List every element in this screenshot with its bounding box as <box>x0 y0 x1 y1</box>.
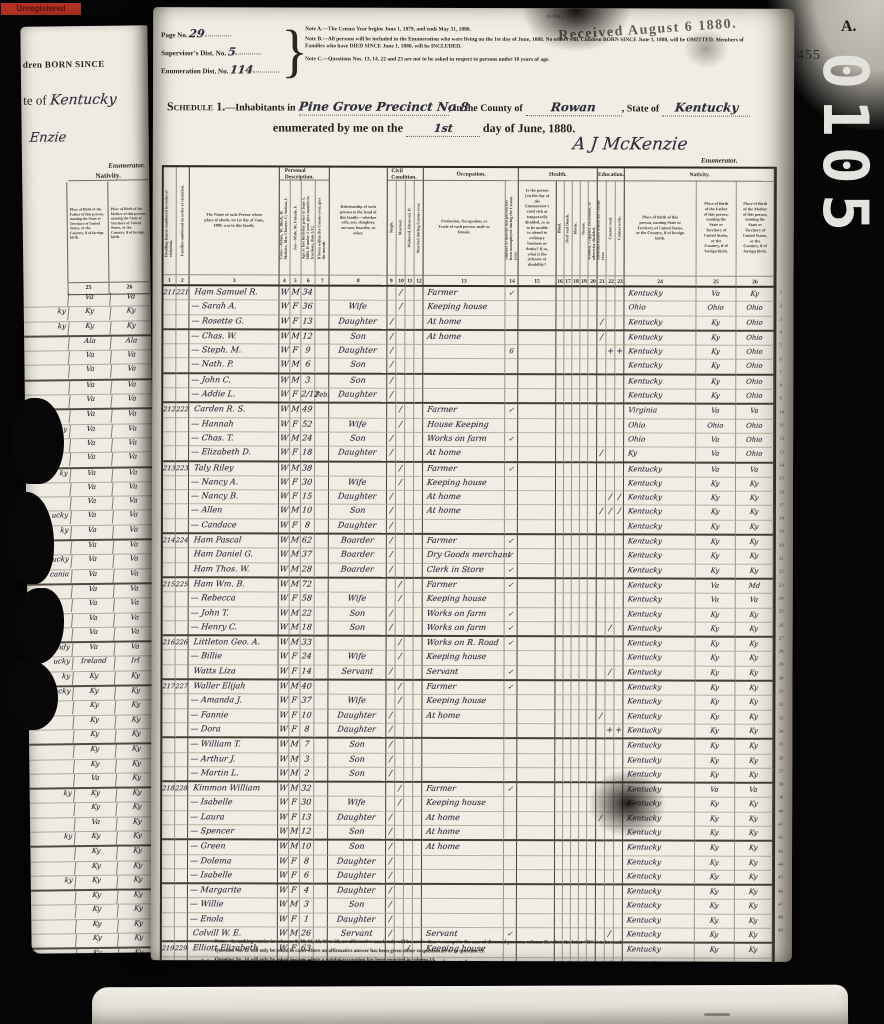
cell-months-unemployed <box>504 885 517 899</box>
cell-sex: M <box>290 563 301 578</box>
cell-married-in-year <box>413 681 422 695</box>
cell-blind <box>556 316 564 331</box>
cell-color: W <box>279 637 290 651</box>
cell-months-unemployed: ✓ <box>505 535 518 549</box>
unregistered-watermark: Unregistered <box>1 3 81 15</box>
cell-attended-school <box>596 681 605 695</box>
cell-married <box>396 375 405 389</box>
cell-attended-school <box>596 754 605 768</box>
cell-name: — Arthur J. <box>188 753 278 768</box>
cell-relationship <box>329 404 387 418</box>
left-page-fragment <box>24 337 66 338</box>
cell-sex: M <box>290 607 301 621</box>
handwritten-entry: / <box>398 418 402 430</box>
cell-dwelling <box>162 695 175 709</box>
left-page-born-since-text: dren BORN SINCE <box>23 59 105 70</box>
col-number-text: 13 <box>461 277 467 283</box>
cell-dwelling <box>163 563 176 578</box>
handwritten-entry: Kentucky <box>628 346 663 358</box>
left-page-row: kyKyKy <box>31 875 158 892</box>
cell-months-unemployed <box>505 593 518 607</box>
cell-widowed <box>405 301 414 315</box>
cell-age: 33 <box>301 637 315 651</box>
handwritten-entry: M <box>289 899 298 911</box>
cell-father-birthplace: Ky <box>695 798 735 812</box>
cell-month-born <box>315 505 329 519</box>
census-scan-page: { "watermark": "Unregistered", "film_lab… <box>0 0 884 1024</box>
handwritten-entry: Ky <box>748 958 758 961</box>
cell-insane <box>580 652 588 666</box>
cell-family <box>176 359 189 374</box>
cell-married-in-year <box>414 462 423 476</box>
cell-months-unemployed <box>505 389 518 404</box>
col-header-14: Number of months this person has been un… <box>506 181 519 276</box>
cell-widowed <box>405 331 414 345</box>
left-page-fragment <box>25 439 67 440</box>
cell-cannot-read <box>605 886 614 900</box>
cell-insane <box>579 870 587 885</box>
cell-insane <box>579 768 587 783</box>
cell-blind <box>556 447 564 462</box>
cell-color: W <box>279 315 290 330</box>
col-header-text: Number of months this person has been un… <box>506 196 519 260</box>
cell-father-birthplace: Ky <box>696 622 736 637</box>
handwritten-entry: / <box>388 739 392 751</box>
cell-idiotic <box>572 564 580 579</box>
handwritten-entry: Ky <box>749 536 759 548</box>
cell-months-unemployed: ✓ <box>505 463 518 477</box>
cell-months-unemployed <box>505 652 518 666</box>
cell-occupation <box>423 520 505 536</box>
cell-relationship: Wife <box>329 651 387 665</box>
col-header-24: Place of Birth of this person, naming St… <box>625 181 697 276</box>
cell-months-unemployed <box>504 870 517 885</box>
cell-mother-birthplace: Ohio <box>736 302 774 316</box>
handwritten-entry: / <box>389 375 393 387</box>
col-number-text: 17 <box>565 278 571 284</box>
cell-blind <box>556 433 564 447</box>
cell-attended-school <box>597 637 606 651</box>
cell-occupation: House Keeping <box>423 419 505 434</box>
handwritten-entry: F <box>292 301 299 313</box>
handwritten-entry: / <box>397 681 401 693</box>
cell-blind <box>556 491 564 505</box>
handwritten-entry: Waller Elijah <box>193 680 246 692</box>
cell-insane <box>579 914 587 928</box>
handwritten-entry: Ky <box>710 856 720 868</box>
left-page-row: KyKy <box>29 759 156 775</box>
col-number-text: 22 <box>608 278 614 284</box>
cell-occupation: At home <box>423 331 505 346</box>
cell-deaf <box>564 316 572 331</box>
handwritten-entry: 3 <box>304 753 310 765</box>
cell-name: — Spencer <box>188 825 278 841</box>
left-page-father-birthplace: Va <box>70 569 113 583</box>
cell-month-born <box>314 885 328 899</box>
cell-idiotic <box>572 491 580 505</box>
cell-cannot-write <box>614 812 623 826</box>
col-header-text: Idiotic. <box>574 222 579 234</box>
cell-cannot-write <box>615 433 624 447</box>
col-header-text: Color—White, W; Black, B; Mulatto, Mu; C… <box>280 196 289 260</box>
handwritten-entry: 36 <box>302 301 313 313</box>
col-number-text: 4 <box>283 277 286 283</box>
left-page-father-birthplace: Va <box>71 628 114 642</box>
cell-sex: F <box>290 651 301 665</box>
cell-single: / <box>387 505 396 519</box>
cell-month-born <box>314 899 328 913</box>
handwritten-entry: / <box>598 710 602 722</box>
handwritten-entry: — Green <box>189 841 226 853</box>
cell-cannot-write <box>615 360 624 375</box>
left-page-father-birthplace: Va <box>68 351 111 365</box>
handwritten-entry: — Candace <box>190 519 237 531</box>
left-page-father-birthplace: Va <box>71 599 114 613</box>
left-page-row: KyKy <box>29 729 156 746</box>
col-header-text: Families numbered in order of visitation… <box>180 185 185 256</box>
handwritten-entry: 9 <box>305 345 311 357</box>
handwritten-entry: / <box>398 287 402 299</box>
handwritten-entry: Keeping house <box>426 695 487 707</box>
handwritten-entry: — John T. <box>190 607 229 619</box>
cell-color: W <box>278 869 289 884</box>
handwritten-entry: Farmer <box>426 579 457 591</box>
cell-cannot-read <box>605 826 614 841</box>
cell-deaf <box>564 564 572 579</box>
handwritten-entry: Kentucky <box>627 724 662 736</box>
handwritten-entry: F <box>291 869 298 881</box>
col-header-text: Single. <box>389 222 394 234</box>
line-number: 6 <box>780 357 790 362</box>
left-page-father-birthplace: Ky <box>75 919 118 933</box>
handwritten-entry: Ky <box>710 725 720 737</box>
cell-age: 30 <box>301 476 315 490</box>
cell-months-unemployed <box>505 301 518 315</box>
cell-family <box>176 490 189 504</box>
cell-father-birthplace: Ky <box>695 827 735 842</box>
cell-age: 72 <box>301 578 315 592</box>
cell-widowed <box>405 375 414 389</box>
cell-cannot-write <box>614 740 623 754</box>
cell-cannot-write <box>614 681 623 695</box>
cell-married-in-year <box>414 359 423 374</box>
handwritten-entry: 37 <box>302 549 313 561</box>
handwritten-entry: Son <box>350 331 367 343</box>
cell-deaf <box>564 419 572 433</box>
cell-month-born <box>315 404 329 418</box>
left-page-row: kyKyKy <box>28 671 155 688</box>
handwritten-entry: Ky <box>748 914 758 926</box>
handwritten-entry: Kentucky <box>627 652 662 664</box>
cell-idiotic <box>572 419 580 433</box>
cell-family <box>175 665 188 680</box>
cell-months-unemployed <box>505 419 518 433</box>
left-page-state-fragment: te of Kentucky <box>23 92 116 109</box>
cell-dwelling <box>163 432 176 446</box>
cell-insane <box>579 783 587 797</box>
handwritten-entry: 62 <box>302 535 313 547</box>
cell-cannot-read: / <box>606 492 615 506</box>
cell-sick <box>517 768 555 783</box>
cell-color: W <box>279 462 290 476</box>
group-header-personal-description-: Personal Description. <box>280 167 330 180</box>
handwritten-entry: Kentucky <box>628 389 663 401</box>
left-page-fragment <box>30 848 72 849</box>
handwritten-entry: Works on R. Road <box>426 637 499 649</box>
handwritten-entry: W <box>278 841 288 853</box>
cell-family <box>175 884 188 898</box>
col-number-16: 16 <box>557 276 565 287</box>
cell-mother-birthplace: Ky <box>735 666 773 681</box>
cell-widowed <box>405 607 414 621</box>
cell-cannot-write <box>615 389 624 404</box>
handwritten-entry: W <box>278 913 288 925</box>
cell-widowed <box>405 287 414 301</box>
cell-maimed <box>587 696 596 710</box>
state-fill: Kentucky <box>662 100 750 116</box>
handwritten-entry: House Keeping <box>427 419 490 431</box>
cell-widowed <box>405 505 414 519</box>
cell-color: W <box>279 404 290 418</box>
left-page-father-birthplace: Ky <box>72 730 115 744</box>
cell-insane <box>580 491 588 505</box>
cell-attended-school: / <box>597 331 606 345</box>
left-page-father-birthplace: Ky <box>75 934 118 948</box>
cell-cannot-write <box>614 900 623 914</box>
handwritten-entry: W <box>278 869 288 881</box>
cell-insane <box>579 724 587 739</box>
handwritten-entry: Ky <box>710 536 720 548</box>
cell-mother-birthplace: Va <box>736 405 774 419</box>
handwritten-entry: M <box>290 404 299 416</box>
handwritten-entry: Clerk in Store <box>426 564 484 576</box>
cell-age: 32 <box>300 783 314 797</box>
cell-family <box>176 344 189 358</box>
cell-widowed <box>405 477 414 491</box>
cell-widowed <box>405 622 414 637</box>
cell-insane <box>580 302 588 316</box>
handwritten-entry: 224 <box>175 534 189 546</box>
cell-mother-birthplace: Ky <box>736 506 774 520</box>
cell-name: — Allen <box>189 505 279 520</box>
cell-birthplace: Kentucky <box>623 914 695 928</box>
cell-color: W <box>278 665 289 680</box>
left-page-mother-birthplace: Va <box>110 380 152 394</box>
cell-color: W <box>278 841 289 855</box>
handwritten-entry: Son <box>349 374 366 386</box>
cell-birthplace: Kentucky <box>624 463 696 477</box>
cell-maimed <box>588 564 597 579</box>
line-number: 26 <box>779 623 789 628</box>
handwritten-entry: / <box>389 345 393 357</box>
cell-family: 221 <box>176 286 189 300</box>
handwritten-entry: / <box>398 477 402 489</box>
cell-deaf <box>564 345 572 359</box>
cell-married <box>396 433 405 447</box>
line-number: 17 <box>779 503 789 508</box>
cell-cannot-read <box>606 433 615 447</box>
cell-father-birthplace: Ky <box>695 856 735 870</box>
cell-maimed <box>588 477 597 491</box>
cell-deaf <box>564 389 572 404</box>
cell-age: 13 <box>300 811 314 825</box>
col-number-6: 6 <box>302 276 316 287</box>
cell-relationship: Son <box>329 607 387 621</box>
cell-birthplace: Kentucky <box>623 768 695 783</box>
group-header-label: Health. <box>549 171 567 177</box>
handwritten-entry: M <box>290 505 299 517</box>
handwritten-entry: Ky <box>710 550 720 562</box>
handwritten-entry: Son <box>349 359 366 371</box>
cell-blind <box>556 550 564 564</box>
place-fill: Pine Grove Precinct No 8 <box>299 100 449 116</box>
cell-family: 222 <box>176 404 189 418</box>
handwritten-entry: 28 <box>302 563 313 575</box>
left-page-fragment <box>29 760 71 761</box>
cell-color: W <box>279 607 290 621</box>
left-page-father-birthplace: Ky <box>75 949 118 954</box>
handwritten-entry: 215 <box>162 578 176 590</box>
cell-mother-birthplace: Ky <box>735 812 773 826</box>
cell-father-birthplace: Ky <box>695 958 735 962</box>
cell-age: 10 <box>301 505 315 519</box>
cell-birthplace: Kentucky <box>623 696 695 710</box>
handwritten-entry: Ky <box>711 390 721 402</box>
cell-color: W <box>279 286 290 300</box>
handwritten-entry: ✓ <box>507 666 514 678</box>
handwritten-entry: — Laura <box>189 811 225 823</box>
left-page-father-birthplace: Va <box>69 453 112 467</box>
cell-age: 37 <box>301 549 315 563</box>
cell-widowed <box>405 315 414 330</box>
handwritten-entry: Works on farm <box>426 433 487 445</box>
handwritten-entry: Kentucky <box>626 900 661 912</box>
cell-color: W <box>278 681 289 695</box>
left-page-fragment <box>27 541 69 542</box>
cell-married-in-year <box>414 622 423 637</box>
handwritten-entry: — Enola <box>189 913 224 925</box>
handwritten-entry: — Steph. M. <box>191 344 242 356</box>
handwritten-entry: Ky <box>627 448 637 460</box>
cell-married-in-year <box>413 724 422 739</box>
cell-widowed <box>404 914 413 928</box>
left-page-father-birthplace: Ky <box>74 876 117 890</box>
cell-deaf <box>564 622 572 637</box>
cell-relationship: Wife <box>328 695 386 709</box>
cell-insane <box>579 900 587 914</box>
cell-color: W <box>278 811 289 825</box>
cell-dwelling <box>162 738 175 752</box>
cell-idiotic <box>571 696 579 710</box>
cell-birthplace: Kentucky <box>624 550 696 564</box>
line-number: 8 <box>779 383 789 388</box>
cell-occupation: Keeping house <box>422 695 504 710</box>
cell-dwelling <box>162 913 175 927</box>
handwritten-entry: W <box>280 374 290 386</box>
handwritten-entry: 6 <box>508 345 514 357</box>
cell-relationship: Son <box>329 374 387 388</box>
handwritten-entry: Ky <box>709 929 719 941</box>
cell-cannot-read <box>606 594 615 608</box>
cell-family <box>176 315 189 330</box>
cell-sex: F <box>289 869 300 884</box>
cell-sick <box>518 579 556 593</box>
cell-sex: F <box>290 301 301 315</box>
cell-mother-birthplace: Ohio <box>736 375 774 389</box>
cell-cannot-write <box>615 287 624 301</box>
cell-sex: F <box>290 491 301 505</box>
cell-family <box>176 592 189 606</box>
cell-deaf <box>564 287 572 301</box>
cell-father-birthplace: Va <box>696 594 736 608</box>
handwritten-entry: ✓ <box>508 404 515 416</box>
cell-month-born <box>314 753 328 767</box>
handwritten-entry: Ky <box>711 316 721 328</box>
cell-father-birthplace: Ohio <box>696 302 736 316</box>
col-number-text: 20 <box>590 278 596 284</box>
line-number: 22 <box>779 570 789 575</box>
cell-age: 3 <box>300 899 314 913</box>
left-page-father-birthplace: Va <box>71 585 114 599</box>
cell-occupation: At home <box>423 491 505 506</box>
cell-age: 49 <box>301 404 315 418</box>
cell-married: / <box>396 462 405 476</box>
cell-occupation: At home <box>423 447 505 463</box>
cell-occupation <box>422 739 504 754</box>
cell-age: 12 <box>301 330 315 344</box>
brace-glyph: } <box>281 22 308 81</box>
left-page-mother-birthplace: Va <box>112 540 154 554</box>
cell-maimed <box>588 345 597 359</box>
handwritten-entry: Dry Goods merchant <box>426 549 511 561</box>
left-page-nativity-header: Nativity. <box>68 171 148 181</box>
handwritten-entry: Ohio <box>746 346 764 358</box>
cell-family <box>176 388 189 403</box>
cell-single: / <box>387 345 396 359</box>
cell-name: Kimmon William <box>188 782 278 797</box>
footer-notes: Note.—In making entries in columns 9, 10… <box>215 938 685 962</box>
left-page-row: KyKy <box>32 949 159 954</box>
cell-father-birthplace: Ky <box>695 842 735 856</box>
cell-maimed <box>588 579 597 593</box>
cell-single <box>387 301 396 315</box>
cell-family <box>175 927 188 942</box>
cell-sex: M <box>290 374 301 388</box>
cell-occupation <box>422 768 504 784</box>
handwritten-entry: 38 <box>302 462 313 474</box>
cell-married <box>396 359 405 374</box>
cell-month-born <box>315 491 329 505</box>
handwritten-entry: — Willie <box>189 899 224 911</box>
cell-family <box>176 505 189 519</box>
cell-idiotic <box>571 783 579 797</box>
line-number: 15 <box>779 477 789 482</box>
cell-relationship <box>329 637 387 651</box>
cell-sick <box>518 463 556 477</box>
cell-married-in-year <box>414 433 423 447</box>
col-header-15: Is the person [on the day of the Enumera… <box>519 181 557 276</box>
cell-deaf <box>564 302 572 316</box>
cell-married-in-year <box>414 520 423 535</box>
cell-dwelling: 217 <box>162 680 175 694</box>
cell-relationship <box>329 462 387 476</box>
schedule-title-line: Schedule 1.—Inhabitants in Pine Grove Pr… <box>167 99 783 117</box>
cell-sex: M <box>290 404 301 418</box>
left-page-row: VaVa <box>28 613 155 629</box>
handwritten-entry: / <box>389 607 393 619</box>
cell-insane <box>580 550 588 564</box>
cell-idiotic <box>571 856 579 870</box>
